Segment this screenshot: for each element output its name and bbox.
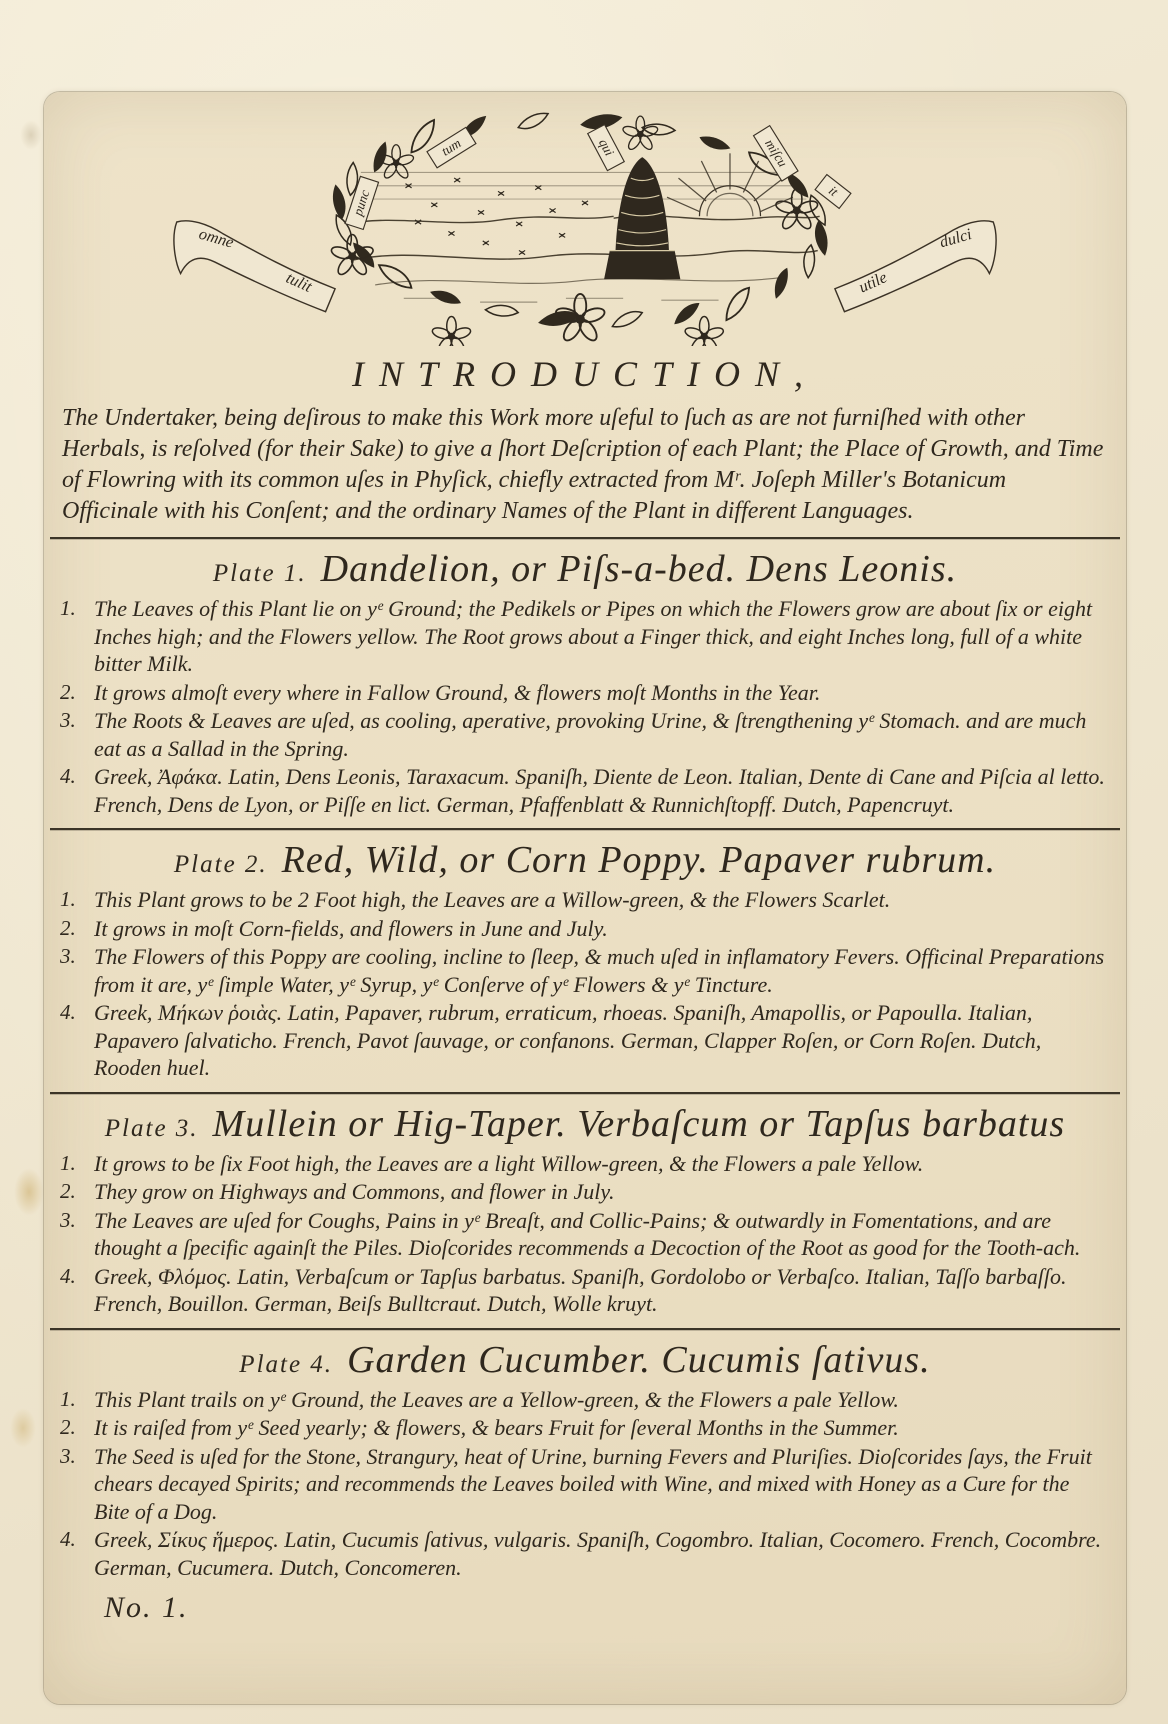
item-text: Greek, Σίκυς ἥμερος. Latin, Cucumis ſati…	[94, 1526, 1110, 1581]
plate-item: 1. This Plant grows to be 2 Foot high, t…	[60, 886, 1110, 914]
section-divider	[50, 828, 1120, 830]
item-text: It grows in moſt Corn-fields, and flower…	[94, 915, 608, 943]
bees-icon	[405, 178, 588, 255]
plate-label: Plate 3.	[105, 1115, 199, 1142]
item-text: It grows almoſt every where in Fallow Gr…	[94, 679, 820, 707]
item-text: Greek, Φλόμος. Latin, Verbaſcum or Tapſu…	[94, 1263, 1110, 1318]
item-text: Greek, Ἀφάκα. Latin, Dens Leonis, Taraxa…	[94, 763, 1110, 818]
plate-item: 3. The Seed is uſed for the Stone, Stran…	[60, 1443, 1110, 1526]
item-number: 4.	[60, 999, 94, 1082]
item-number: 1.	[60, 886, 94, 914]
plate-label: Plate 1.	[213, 560, 307, 587]
item-text: The Leaves are uſed for Coughs, Pains in…	[94, 1207, 1110, 1262]
plate-impression: omne tulit utile dulci punc	[44, 92, 1126, 1704]
plate-item: 2. It is raiſed from yᵉ Seed yearly; & f…	[60, 1414, 1110, 1442]
item-text: It is raiſed from yᵉ Seed yearly; & flow…	[94, 1414, 899, 1442]
item-text: This Plant grows to be 2 Foot high, the …	[94, 886, 890, 914]
plate-item: 3. The Flowers of this Poppy are cooling…	[60, 943, 1110, 998]
page-title: INTRODUCTION,	[60, 353, 1110, 395]
plate-number-label: No. 1.	[104, 1591, 1110, 1625]
ribbon-wreath-fragments: punc tum qui miſcu	[345, 125, 851, 230]
plate-heading: Plate 4. Garden Cucumber. Cucumis ſativu…	[60, 1338, 1110, 1382]
plate-title: Mullein or Hig-Taper. Verbaſcum or Tapſu…	[213, 1103, 1066, 1145]
plate-title: Dandelion, or Piſs-a-bed. Dens Leonis.	[321, 548, 957, 590]
item-text: The Flowers of this Poppy are cooling, i…	[94, 943, 1110, 998]
item-number: 1.	[60, 1150, 94, 1178]
plate-item: 1. It grows to be ſix Foot high, the Lea…	[60, 1150, 1110, 1178]
section-divider	[50, 537, 1120, 539]
plate-heading: Plate 1. Dandelion, or Piſs-a-bed. Dens …	[60, 547, 1110, 591]
item-text: The Roots & Leaves are uſed, as cooling,…	[94, 707, 1110, 762]
plate-title: Red, Wild, or Corn Poppy. Papaver rubrum…	[282, 839, 996, 881]
plate-label: Plate 2.	[174, 851, 268, 878]
paper-stain	[20, 120, 42, 150]
plate-item: 1. The Leaves of this Plant lie on yᵉ Gr…	[60, 595, 1110, 678]
item-number: 4.	[60, 1263, 94, 1318]
page-content: omne tulit utile dulci punc	[44, 92, 1126, 1704]
plate-item: 2. It grows almoſt every where in Fallow…	[60, 679, 1110, 707]
plate-item: 3. The Leaves are uſed for Coughs, Pains…	[60, 1207, 1110, 1262]
plate-item: 4. Greek, Σίκυς ἥμερος. Latin, Cucumis ſ…	[60, 1526, 1110, 1581]
plate-section-4: Plate 4. Garden Cucumber. Cucumis ſativu…	[60, 1338, 1110, 1582]
wreath-icon	[330, 111, 828, 346]
vignette-illustration: omne tulit utile dulci punc	[160, 98, 1010, 346]
paper-stain	[14, 1168, 44, 1216]
plate-section-2: Plate 2. Red, Wild, or Corn Poppy. Papav…	[60, 838, 1110, 1082]
plate-label: Plate 4.	[239, 1351, 333, 1378]
item-number: 3.	[60, 707, 94, 762]
plate-item: 4. Greek, Ἀφάκα. Latin, Dens Leonis, Tar…	[60, 763, 1110, 818]
item-number: 2.	[60, 915, 94, 943]
plate-heading: Plate 3. Mullein or Hig-Taper. Verbaſcum…	[60, 1102, 1110, 1146]
item-number: 4.	[60, 763, 94, 818]
plate-heading: Plate 2. Red, Wild, or Corn Poppy. Papav…	[60, 838, 1110, 882]
item-number: 4.	[60, 1526, 94, 1581]
ribbon-right: utile dulci	[835, 221, 996, 312]
item-text: Greek, Μήκων ῥοιὰς. Latin, Papaver, rubr…	[94, 999, 1110, 1082]
item-text: This Plant trails on yᵉ Ground, the Leav…	[94, 1386, 899, 1414]
item-text: They grow on Highways and Commons, and f…	[94, 1178, 614, 1206]
item-text: The Leaves of this Plant lie on yᵉ Groun…	[94, 595, 1110, 678]
plate-item: 2. They grow on Highways and Commons, an…	[60, 1178, 1110, 1206]
item-number: 3.	[60, 1207, 94, 1262]
plate-item: 2. It grows in moſt Corn-fields, and flo…	[60, 915, 1110, 943]
item-number: 2.	[60, 1414, 94, 1442]
section-divider	[50, 1092, 1120, 1094]
ribbon-left: omne tulit	[174, 221, 335, 312]
item-number: 2.	[60, 1178, 94, 1206]
item-number: 1.	[60, 1386, 94, 1414]
plate-item: 1. This Plant trails on yᵉ Ground, the L…	[60, 1386, 1110, 1414]
item-text: It grows to be ſix Foot high, the Leaves…	[94, 1150, 923, 1178]
engraved-herbal-page: omne tulit utile dulci punc	[0, 0, 1168, 1724]
item-number: 1.	[60, 595, 94, 678]
plate-title: Garden Cucumber. Cucumis ſativus.	[347, 1339, 931, 1381]
plate-item: 4. Greek, Μήκων ῥοιὰς. Latin, Papaver, r…	[60, 999, 1110, 1082]
item-number: 2.	[60, 679, 94, 707]
header-vignette: omne tulit utile dulci punc	[60, 98, 1110, 351]
section-divider	[50, 1328, 1120, 1330]
plate-section-3: Plate 3. Mullein or Hig-Taper. Verbaſcum…	[60, 1102, 1110, 1318]
item-number: 3.	[60, 1443, 94, 1526]
item-number: 3.	[60, 943, 94, 998]
plate-section-1: Plate 1. Dandelion, or Piſs-a-bed. Dens …	[60, 547, 1110, 818]
plate-item: 3. The Roots & Leaves are uſed, as cooli…	[60, 707, 1110, 762]
item-text: The Seed is uſed for the Stone, Strangur…	[94, 1443, 1110, 1526]
intro-paragraph: The Undertaker, being deſirous to make t…	[62, 403, 1108, 527]
plate-item: 4. Greek, Φλόμος. Latin, Verbaſcum or Ta…	[60, 1263, 1110, 1318]
paper-stain	[10, 1408, 36, 1448]
